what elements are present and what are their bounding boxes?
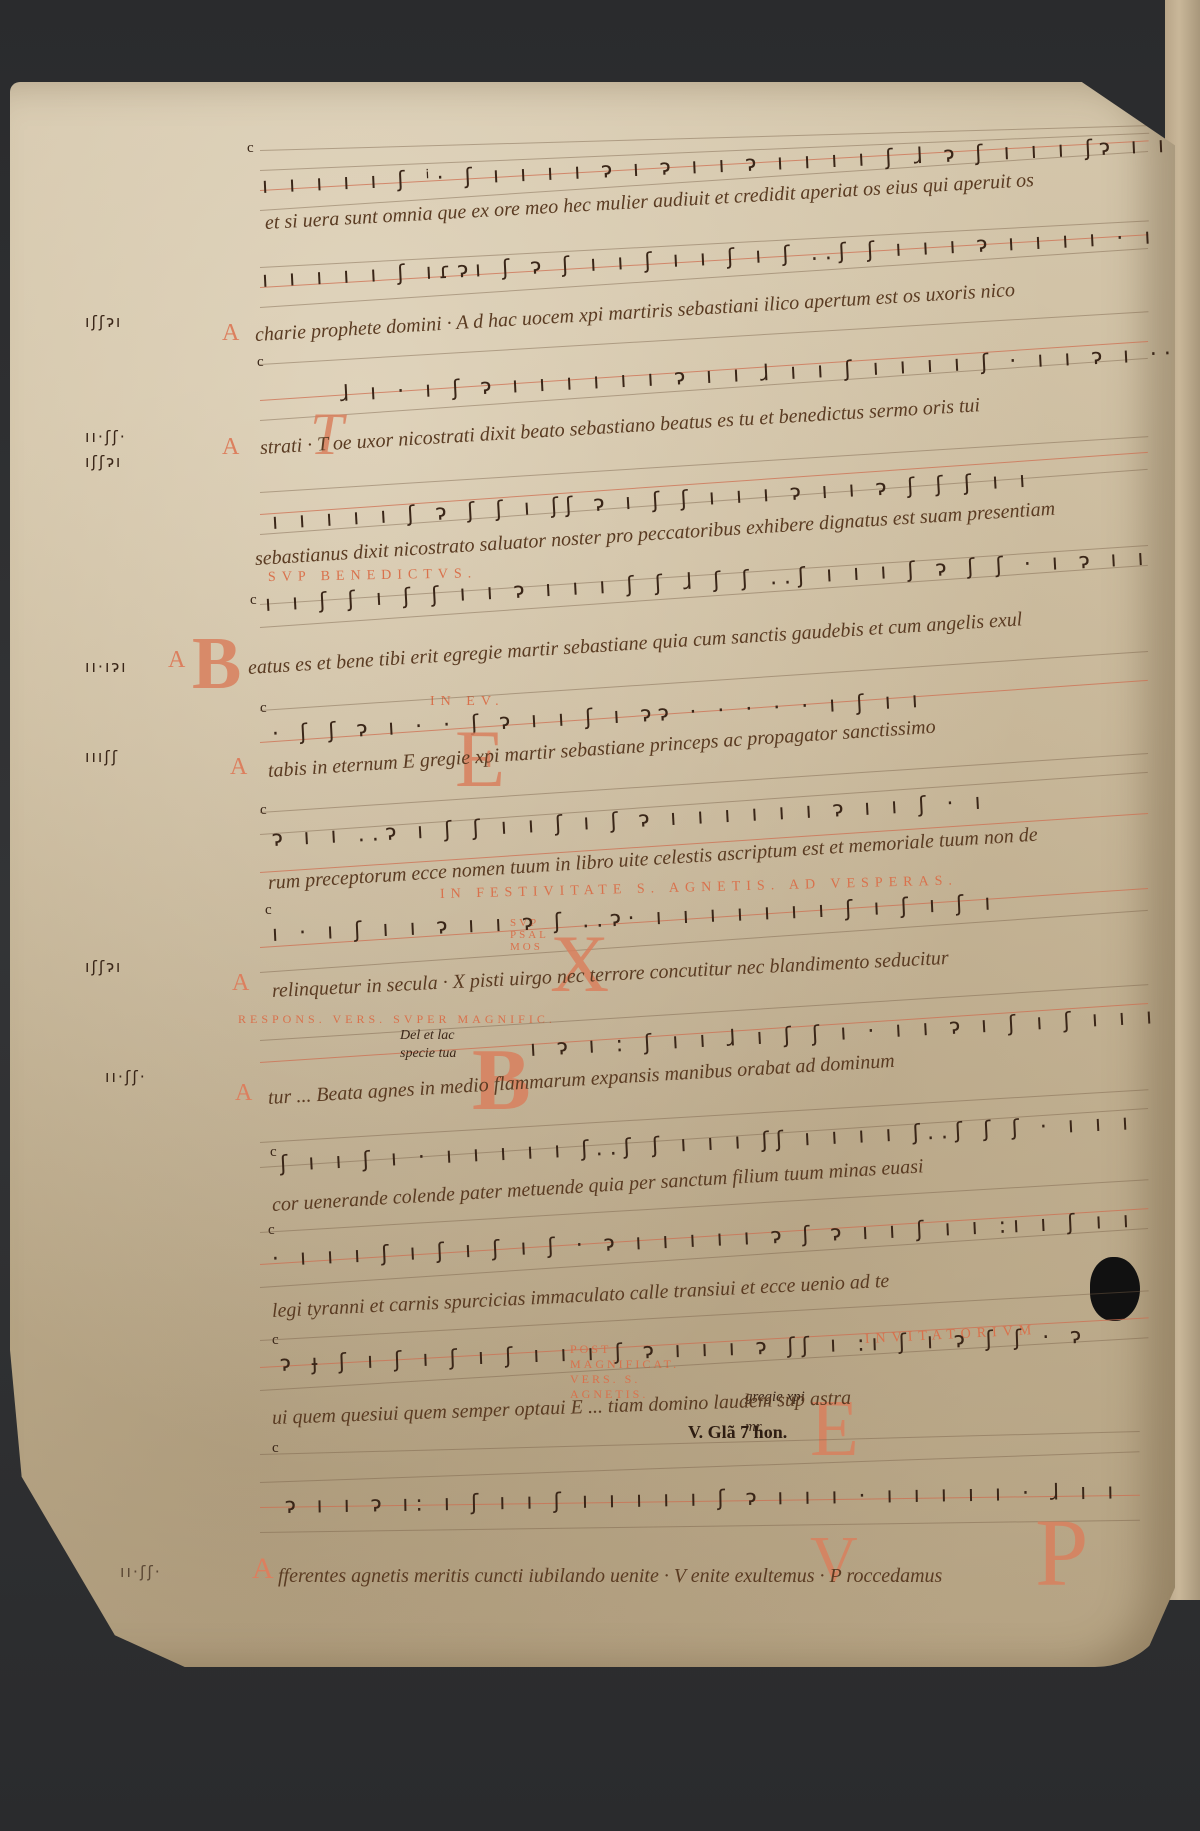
staff-line xyxy=(260,1451,1139,1483)
margin-neume: ıııʃʃ xyxy=(85,747,119,766)
antiphon-marker: A xyxy=(252,1552,274,1586)
c-clef: c xyxy=(272,1332,279,1349)
c-clef: c xyxy=(270,1144,277,1161)
antiphon-marker: A xyxy=(222,320,239,347)
neumes: ı · ı ʃ ı ı ɂ ı ı ɂ ʃ ..ɂ· ı ı ı ı ı ı ı… xyxy=(271,890,998,947)
c-clef: c xyxy=(247,140,254,157)
neumes: ı ı ı ı ı ʃ ıɾɂı ʃ ɂ ʃ ı ı ʃ ı ı ʃ ı ʃ .… xyxy=(261,224,1158,293)
parchment-hole xyxy=(1090,1257,1140,1321)
chant-text: legi tyranni et carnis spurcicias immacu… xyxy=(271,1270,889,1323)
antiphon-marker: A xyxy=(222,434,239,461)
chant-text: relinquetur in secula · X pisti uirgo ne… xyxy=(271,947,949,1003)
antiphon-marker: A xyxy=(232,970,249,997)
antiphon-marker: A xyxy=(235,1080,252,1107)
neumes: · ı ı ı ʃ ı ʃ ı ʃ ı ʃ · ɂ ı ı ı ı ı ɂ ʃ … xyxy=(271,1208,1136,1272)
decorated-initial: B xyxy=(192,622,241,707)
chant-text: fferentes agnetis meritis cuncti iubilan… xyxy=(278,1565,942,1588)
neumes: ɂ ı ı ɂ ı: ı ʃ ı ı ʃ ı ı ı ı ı ʃ ɂ ı ı ı… xyxy=(285,1479,1121,1519)
c-clef: c xyxy=(260,700,267,717)
antiphon-marker: A xyxy=(168,647,185,674)
c-clef: c xyxy=(265,902,272,919)
c-clef: c xyxy=(260,802,267,819)
decorated-initial-2: P xyxy=(1035,1497,1088,1608)
margin-neume: ıʃʃɂı xyxy=(85,957,122,976)
margin-neume: ıı·ʃʃ· xyxy=(105,1067,147,1086)
margin-neume: ıʃʃɂı xyxy=(85,312,122,331)
neumes: ʃ ı ı ʃ ı · ı ı ı ı ı ʃ..ʃ ʃ ı ı ı ʃʃ ı … xyxy=(279,1110,1135,1177)
margin-neume: ıʃʃɂı xyxy=(85,452,122,471)
manuscript-page: c ı ı ı ı ı ʃ ⁱ· ʃ ı ı ı ı ɂ ı ɂ ı ı ɂ ı… xyxy=(10,82,1175,1667)
margin-neume: ıı·ıɂı xyxy=(85,657,128,676)
c-clef: c xyxy=(250,592,257,609)
interlinear-text: Del et lac specie tua xyxy=(400,1027,460,1063)
chant-text: charie prophete domini · A d hac uocem x… xyxy=(254,279,1015,347)
margin-neume: ıı·ʃʃ· xyxy=(120,1562,162,1581)
margin-neume: ıı·ʃʃ· xyxy=(85,427,127,446)
staff-line xyxy=(260,1520,1140,1533)
antiphon-marker: A xyxy=(230,754,247,781)
c-clef: c xyxy=(257,354,264,371)
